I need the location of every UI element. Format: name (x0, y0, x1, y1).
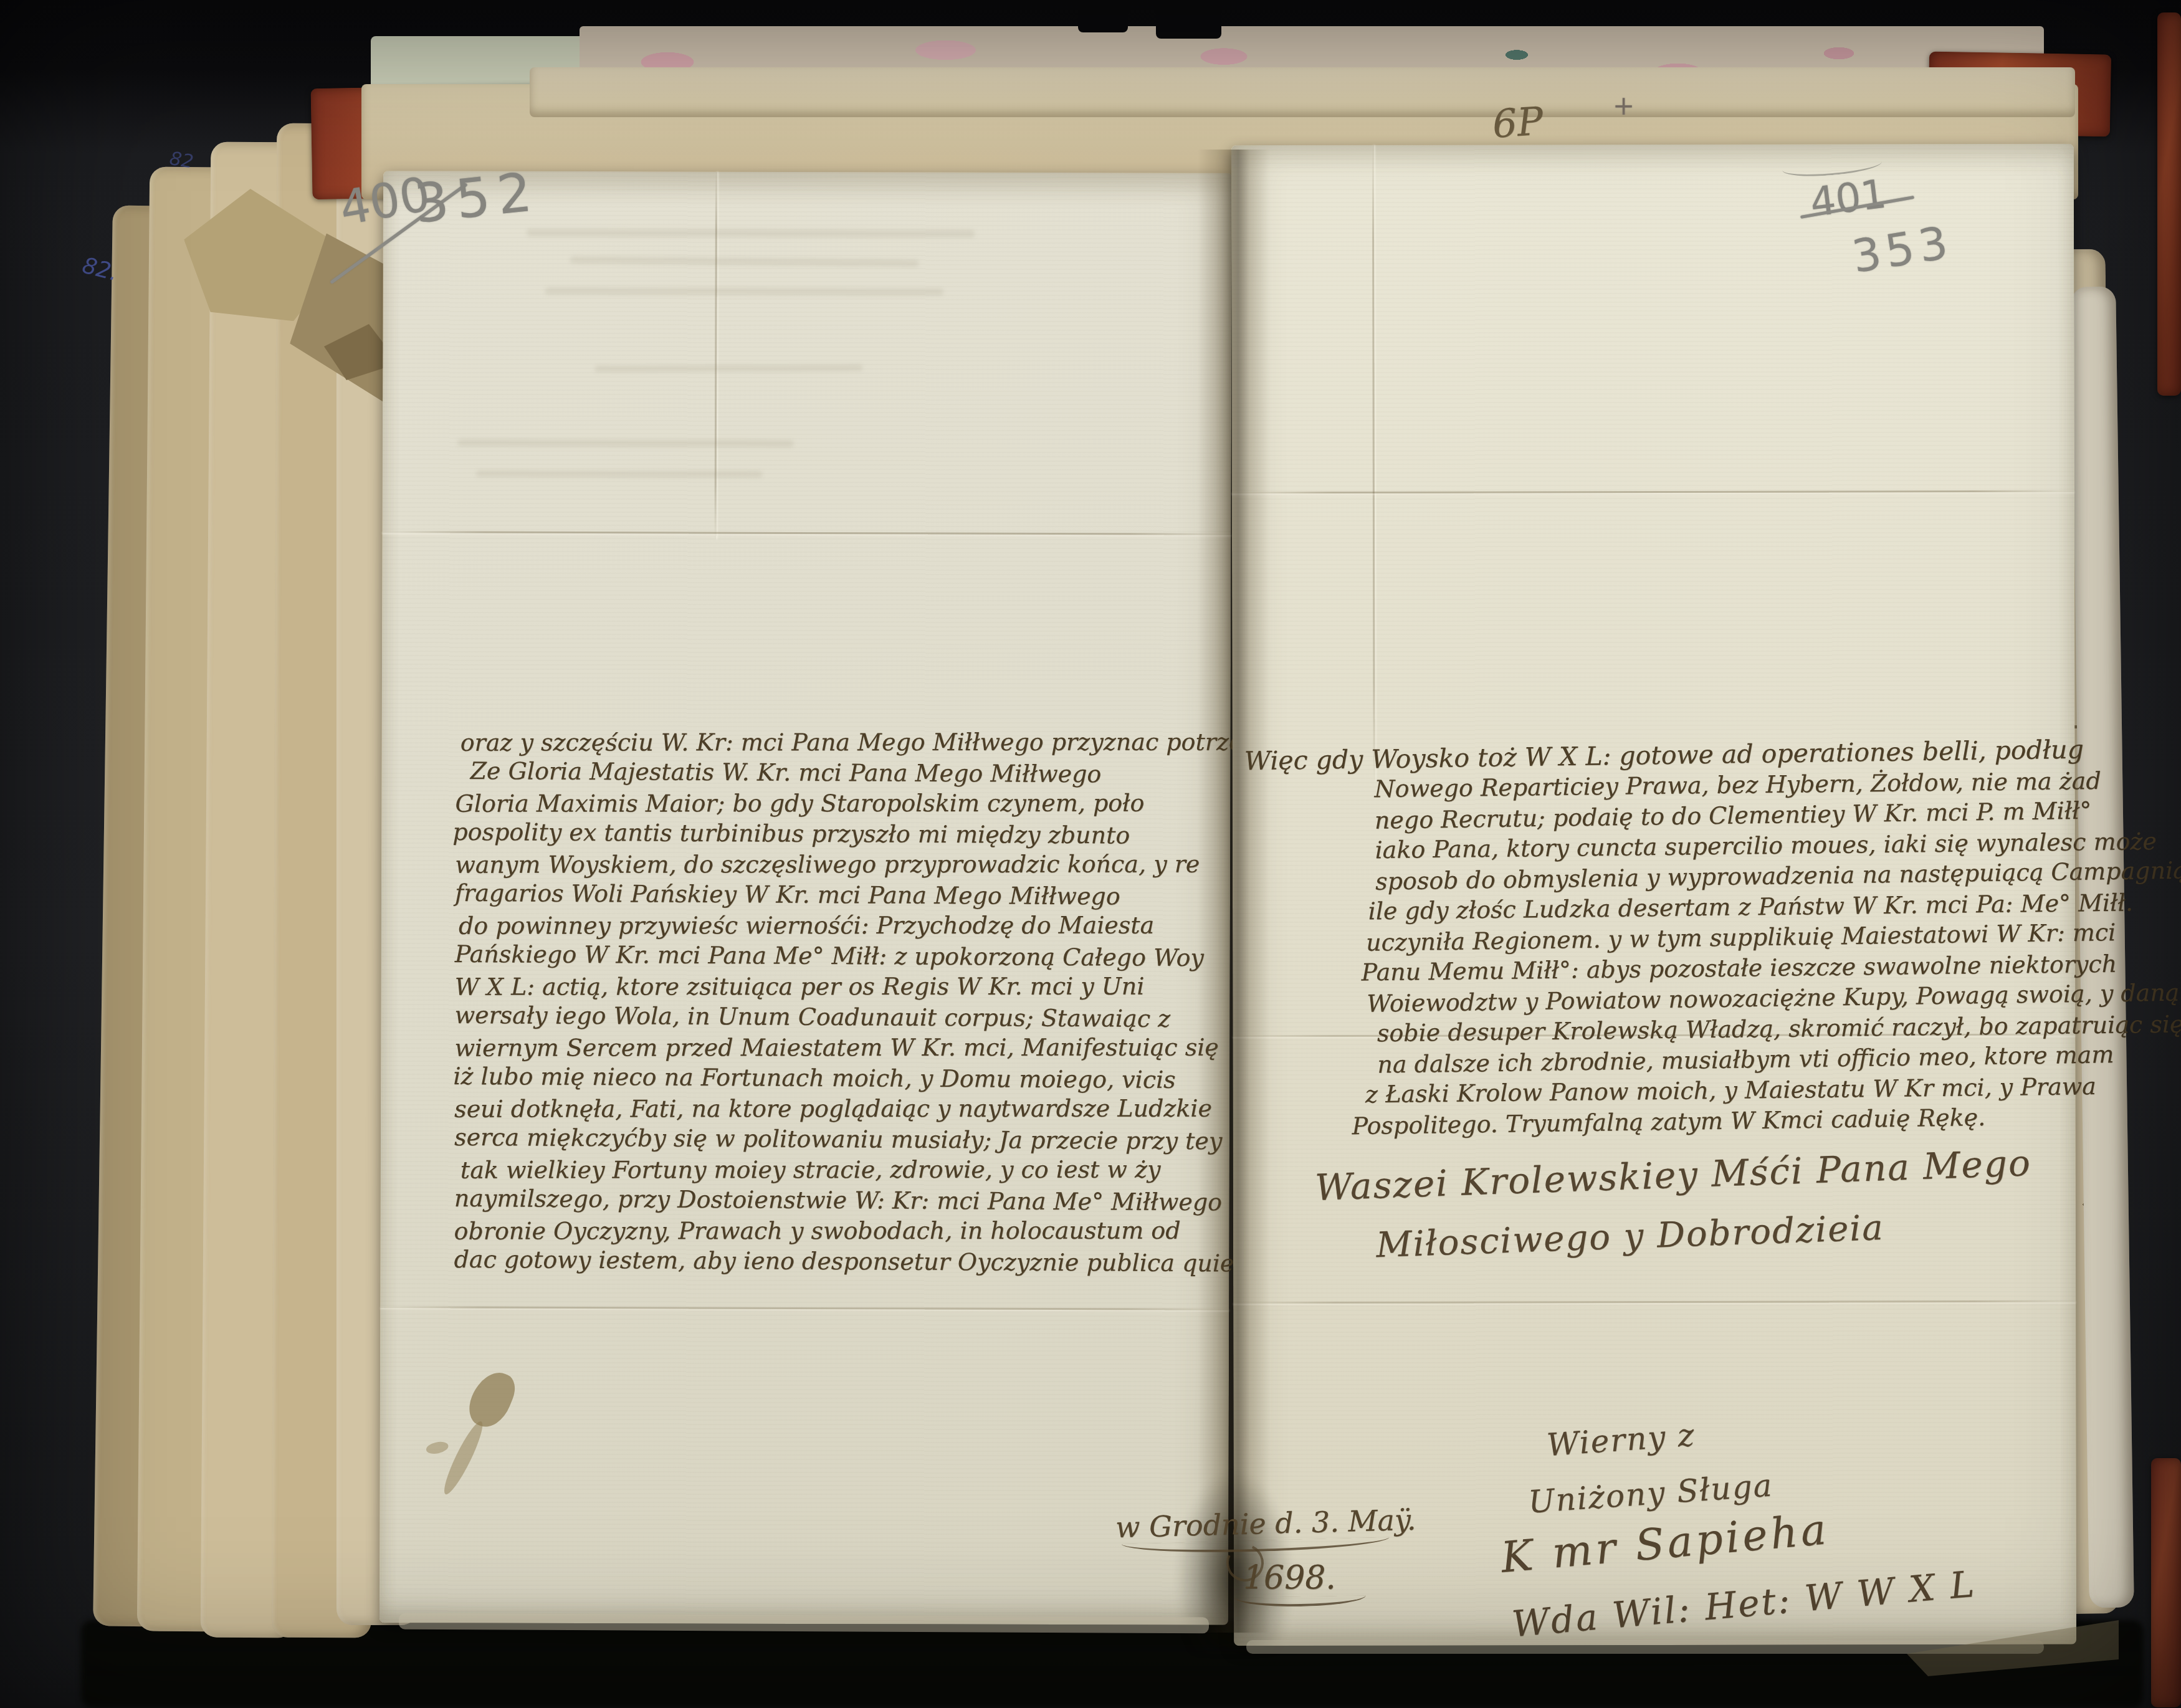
manuscript-line: obronie Oyczyzny, Prawach y swobodach, i… (454, 1216, 1227, 1247)
leather-edge-right-bottom (2151, 1458, 2181, 1707)
stack-folio-number-2: 82 (168, 148, 195, 173)
manuscript-line: wersały iego Wola, in Unum Coadunauit co… (454, 1000, 1227, 1034)
book-gutter (1198, 150, 1270, 1633)
manuscript-line: dac gotowy iestem, aby ieno desponsetur … (454, 1244, 1226, 1279)
right-page-text-block: Więc gdy Woysko toż W X L: gotowe ad ope… (1244, 735, 2078, 1142)
ink-stain-head (463, 1365, 520, 1433)
old-page-top-band-2 (530, 67, 2075, 117)
left-page-vertical-fold (715, 172, 718, 540)
corner-cross-mark: + (1613, 90, 1635, 121)
bleedthrough-line (476, 470, 763, 478)
manuscript-line: tak wielkiey Fortuny moiey stracie, zdro… (461, 1155, 1227, 1186)
bleedthrough-line (457, 439, 794, 447)
manuscript-line: Ze Gloria Majestatis W. Kr. mci Pana Meg… (470, 756, 1228, 790)
manuscript-line: wanym Woyskiem, do szczęsliwego przyprow… (455, 849, 1228, 880)
manuscript-line: seui dotknęła, Fati, na ktore poglądaiąc… (454, 1094, 1227, 1125)
manuscript-line: do powinney przywieśc wiernośći: Przycho… (459, 910, 1228, 942)
leather-edge-right-top (2157, 12, 2181, 396)
right-page-horizontal-fold-3 (1233, 1300, 2076, 1304)
ink-stain-tail (439, 1418, 488, 1497)
right-page-vertical-fold (1372, 145, 1375, 781)
manuscript-line: fragarios Woli Pańskiey W Kr. mci Pana M… (455, 878, 1228, 912)
manuscript-line: wiernym Sercem przed Maiestatem W Kr. mc… (454, 1033, 1227, 1064)
ink-stain-speck (425, 1440, 449, 1456)
manuscript-line: Gloria Maximis Maior; bo gdy Staropolski… (455, 788, 1228, 819)
bleedthrough-line (594, 365, 862, 373)
manuscript-line: iż lubo mię nieco na Fortunach moich, y … (453, 1061, 1227, 1096)
bleedthrough-line (570, 256, 919, 267)
manuscript-line: Pańskiego W Kr. mci Pana Me° Miłł: z upo… (455, 939, 1228, 973)
dateline-year: 1698. (1243, 1559, 1336, 1596)
left-page-horizontal-fold-1 (383, 531, 1231, 535)
archive-number-new-left: 352 (411, 161, 542, 236)
manuscript-line: W X L: actią, ktore zsituiąca per os Reg… (455, 971, 1228, 1003)
left-page-text-block: oraz y szczęściu W. Kr: mci Pana Mego Mi… (454, 727, 1228, 1278)
right-page-horizontal-fold-1 (1232, 490, 2074, 494)
manuscript-line: serca miękczyćby się w politowaniu musia… (454, 1122, 1227, 1157)
bleedthrough-line (527, 229, 975, 238)
bleedthrough-line (545, 287, 944, 296)
manuscript-line: pospolity ex tantis turbinibus przyszło … (452, 817, 1228, 852)
corner-folio-mark: 6P (1491, 98, 1545, 146)
manuscript-scan: oraz y szczęściu W. Kr: mci Pana Mego Mi… (0, 0, 2181, 1708)
left-page: oraz y szczęściu W. Kr: mci Pana Mego Mi… (379, 171, 1232, 1625)
left-page-horizontal-fold-2 (380, 1306, 1229, 1310)
manuscript-line: naymilszego, przy Dostoienstwie W: Kr: m… (454, 1183, 1227, 1218)
top-gap-notch-2 (1156, 0, 1221, 39)
manuscript-line: oraz y szczęściu W. Kr: mci Pana Mego Mi… (461, 727, 1228, 758)
archive-number-old-right: 401 (1808, 171, 1889, 226)
top-gap-notch-1 (1078, 0, 1128, 32)
